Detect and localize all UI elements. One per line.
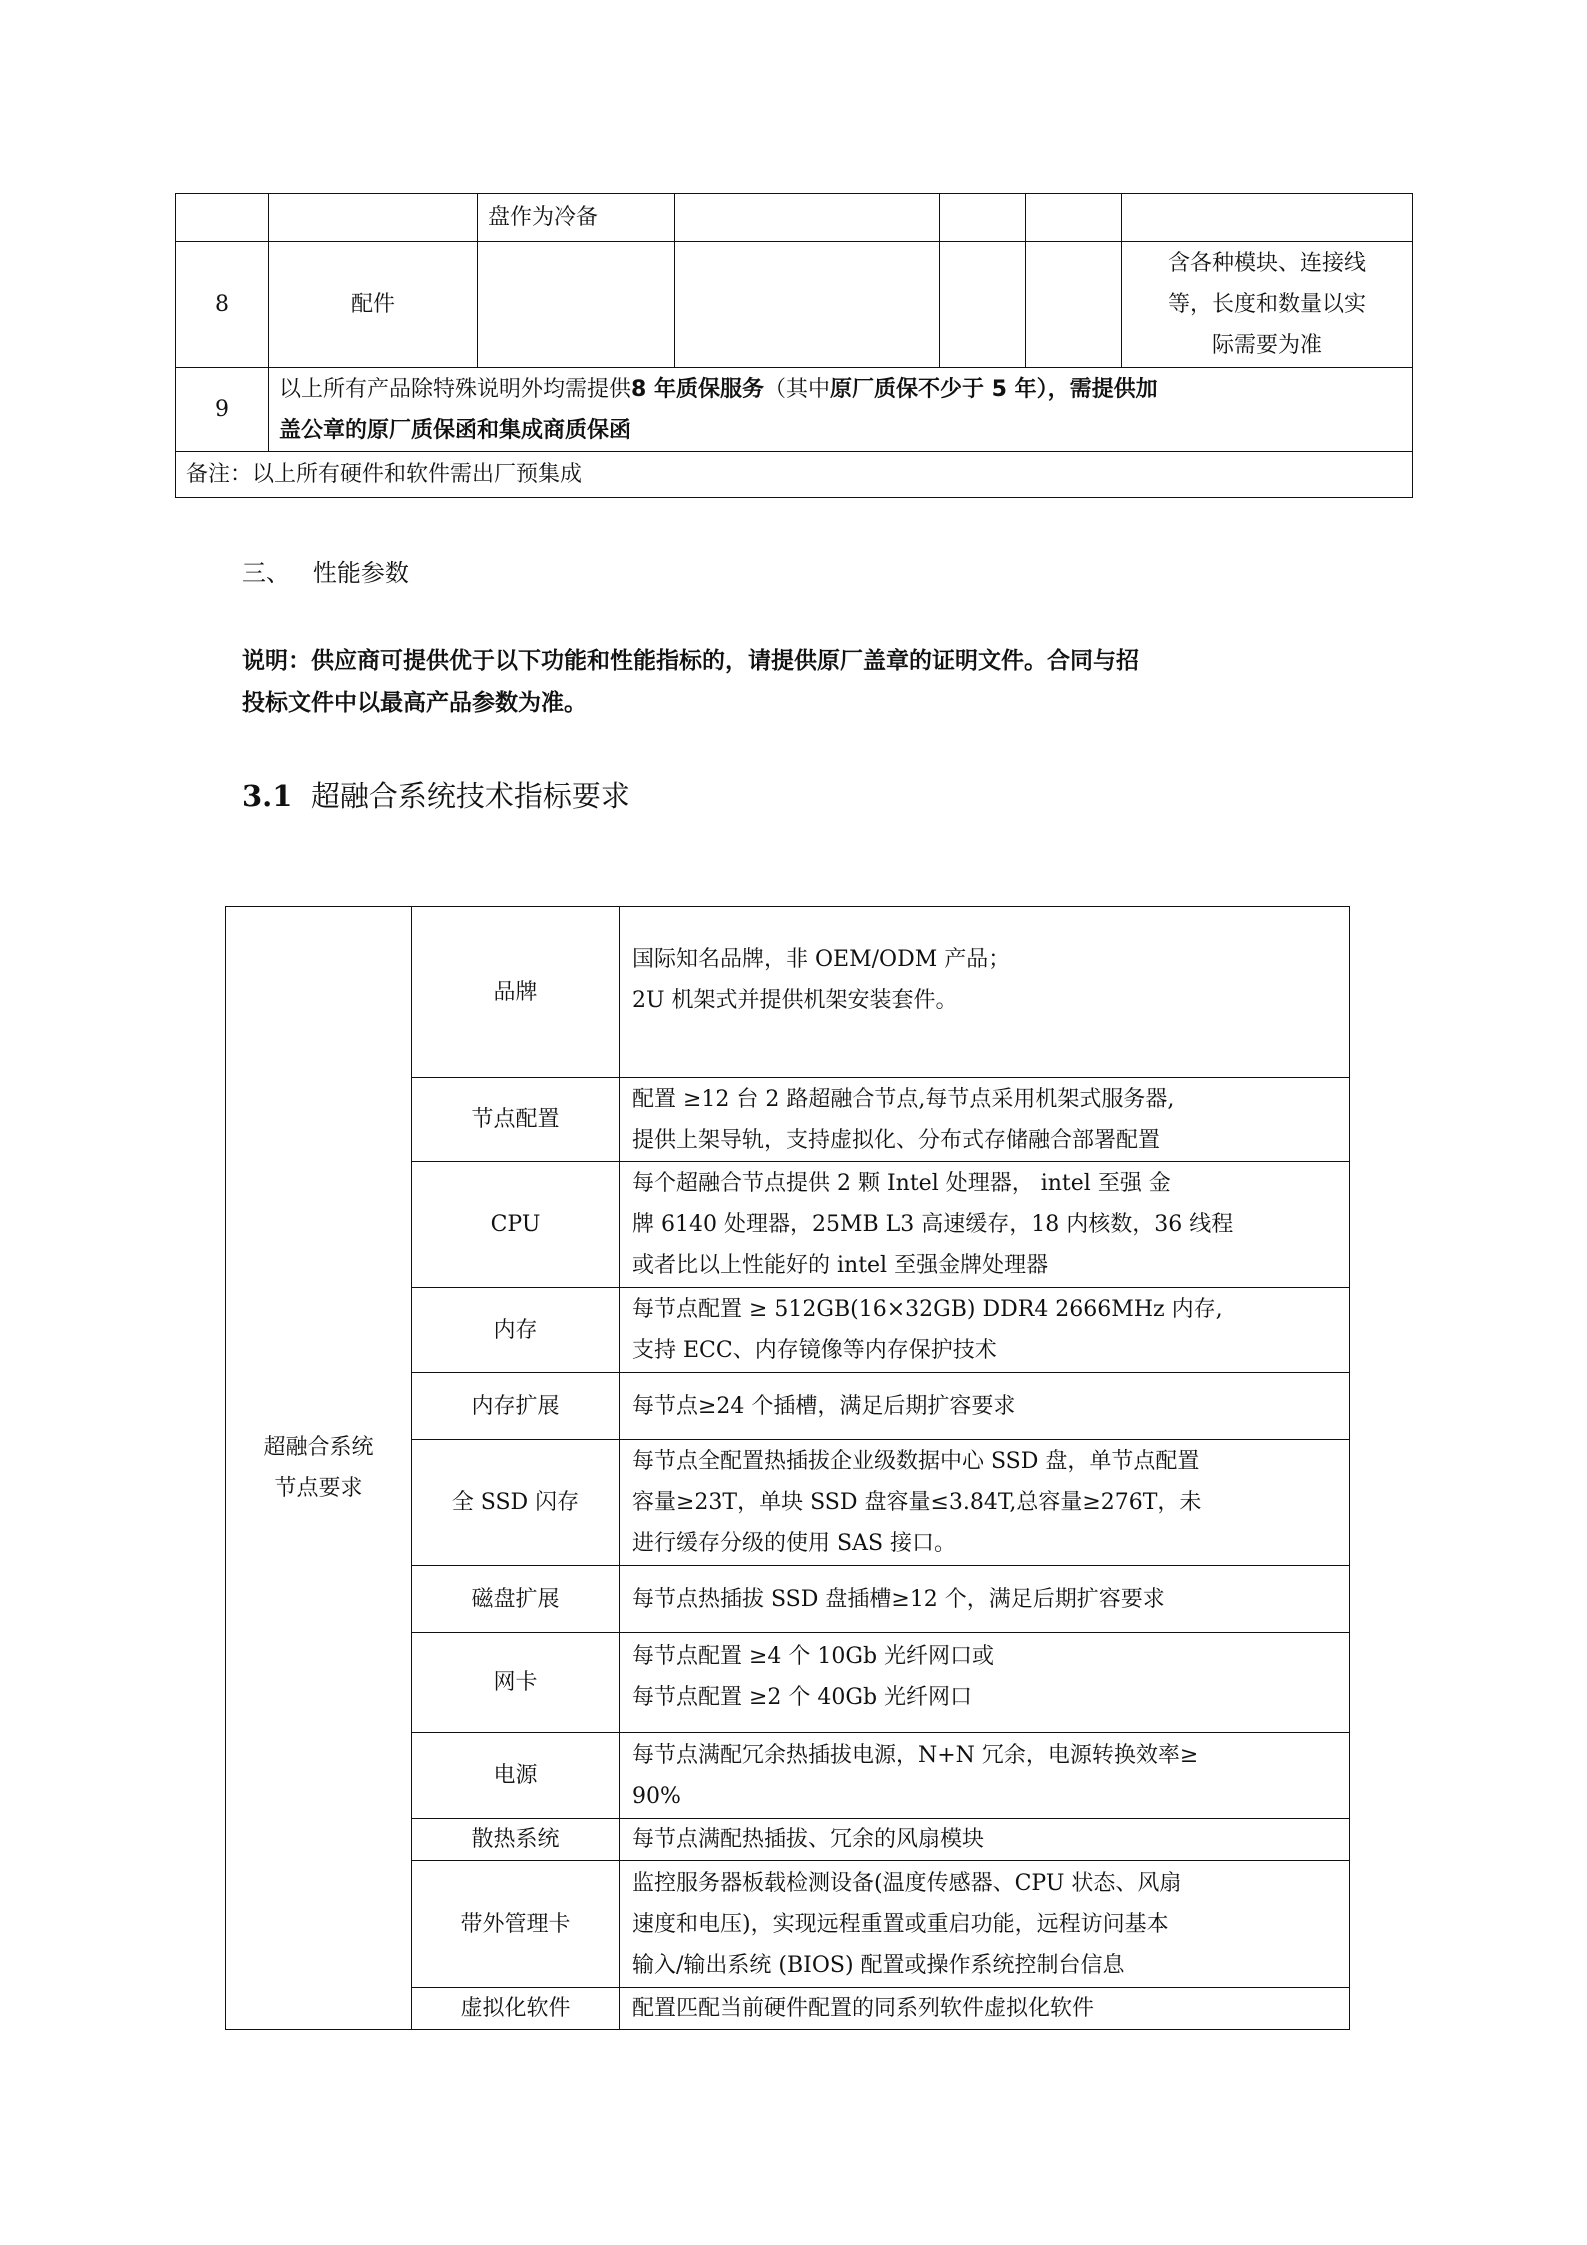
empty-cell	[1026, 242, 1122, 368]
spec-cell: 每节点配置 ≥4 个 10Gb 光纤网口或 每节点配置 ≥2 个 40Gb 光纤…	[620, 1633, 1350, 1733]
table-row: 超融合系统 节点要求 品牌 国际知名品牌，非 OEM/ODM 产品； 2U 机架…	[226, 907, 1350, 1078]
spec-cell: 每节点配置 ≥ 512GB(16×32GB) DDR4 2666MHz 内存, …	[620, 1288, 1350, 1373]
spec-line: 每节点满配热插拔、冗余的风扇模块	[632, 1819, 1339, 1860]
warranty-text: 以上所有产品除特殊说明外均需提供	[279, 377, 631, 402]
group-label-line: 超融合系统	[236, 1427, 401, 1468]
spec-line: 容量≥23T，单块 SSD 盘容量≤3.84T,总容量≥276T，未	[632, 1482, 1339, 1523]
subsection-heading: 3.1 超融合系统技术指标要求	[242, 774, 630, 815]
remark-line: 际需要为准	[1132, 325, 1402, 366]
spec-line: 支持 ECC、内存镜像等内存保护技术	[632, 1330, 1339, 1371]
empty-cell	[675, 194, 940, 242]
empty-cell	[675, 242, 940, 368]
note-line: 说明：供应商可提供优于以下功能和性能指标的，请提供原厂盖章的证明文件。合同与招	[242, 640, 1139, 682]
item-cell: 带外管理卡	[412, 1861, 620, 1988]
spec-line: 国际知名品牌，非 OEM/ODM 产品；	[632, 939, 1339, 980]
spec-cell: 国际知名品牌，非 OEM/ODM 产品； 2U 机架式并提供机架安装套件。	[620, 907, 1350, 1078]
empty-cell	[940, 194, 1026, 242]
footnote-cell: 备注：以上所有硬件和软件需出厂预集成	[176, 452, 1413, 498]
spec-line: 2U 机架式并提供机架安装套件。	[632, 980, 1339, 1021]
spec-cell: 每节点全配置热插拔企业级数据中心 SSD 盘，单节点配置 容量≥23T，单块 S…	[620, 1440, 1350, 1566]
section-title: 性能参数	[313, 559, 409, 587]
spec-cell: 每节点满配冗余热插拔电源，N+N 冗余，电源转换效率≥ 90%	[620, 1733, 1350, 1819]
warranty-bold-text: 原厂质保不少于 5 年），需提供加	[830, 377, 1158, 402]
spec-cell: 监控服务器板载检测设备(温度传感器、CPU 状态、风扇 速度和电压)，实现远程重…	[620, 1861, 1350, 1988]
table-row: 备注：以上所有硬件和软件需出厂预集成	[176, 452, 1413, 498]
spec-cell: 每个超融合节点提供 2 颗 Intel 处理器， intel 至强 金 牌 61…	[620, 1162, 1350, 1288]
row-number-cell: 8	[176, 242, 269, 368]
spec-line: 每节点配置 ≥ 512GB(16×32GB) DDR4 2666MHz 内存,	[632, 1289, 1339, 1330]
warranty-paren-text: （其中	[764, 377, 830, 402]
spec-line: 提供上架导轨，支持虚拟化、分布式存储融合部署配置	[632, 1120, 1339, 1161]
table-row: 9 以上所有产品除特殊说明外均需提供8 年质保服务（其中原厂质保不少于 5 年）…	[176, 368, 1413, 452]
table-row: 盘作为冷备	[176, 194, 1413, 242]
spec-line: 每节点热插拔 SSD 盘插槽≥12 个，满足后期扩容要求	[632, 1579, 1339, 1620]
item-cell: 节点配置	[412, 1078, 620, 1162]
item-cell: 电源	[412, 1733, 620, 1819]
spec-line: 配置匹配当前硬件配置的同系列软件虚拟化软件	[632, 1988, 1339, 2029]
item-cell: 虚拟化软件	[412, 1988, 620, 2030]
item-cell: 散热系统	[412, 1819, 620, 1861]
spec-line: 监控服务器板载检测设备(温度传感器、CPU 状态、风扇	[632, 1863, 1339, 1904]
group-label-line: 节点要求	[236, 1468, 401, 1509]
item-cell: 品牌	[412, 907, 620, 1078]
spec-line: 每节点全配置热插拔企业级数据中心 SSD 盘，单节点配置	[632, 1441, 1339, 1482]
item-cell: 内存扩展	[412, 1373, 620, 1440]
spec-cell: 盘作为冷备	[478, 194, 675, 242]
spec-line: 每节点配置 ≥2 个 40Gb 光纤网口	[632, 1677, 1339, 1718]
section-heading: 三、 性能参数	[242, 553, 409, 588]
spec-line: 90%	[632, 1776, 1339, 1817]
spec-line: 每个超融合节点提供 2 颗 Intel 处理器， intel 至强 金	[632, 1163, 1339, 1204]
section-number: 三、	[242, 559, 290, 587]
item-cell: CPU	[412, 1162, 620, 1288]
spec-line: 速度和电压)，实现远程重置或重启功能，远程访问基本	[632, 1904, 1339, 1945]
subsection-title: 超融合系统技术指标要求	[311, 779, 630, 813]
row-number-cell: 9	[176, 368, 269, 452]
node-requirements-table: 超融合系统 节点要求 品牌 国际知名品牌，非 OEM/ODM 产品； 2U 机架…	[225, 906, 1350, 2030]
row-number-cell	[176, 194, 269, 242]
warranty-years-text: 8 年质保服务	[631, 377, 764, 402]
warranty-cell: 以上所有产品除特殊说明外均需提供8 年质保服务（其中原厂质保不少于 5 年），需…	[269, 368, 1413, 452]
item-cell: 网卡	[412, 1633, 620, 1733]
spec-line: 进行缓存分级的使用 SAS 接口。	[632, 1523, 1339, 1564]
table-row: 8 配件 含各种模块、连接线 等，长度和数量以实 际需要为准	[176, 242, 1413, 368]
spec-line: 每节点满配冗余热插拔电源，N+N 冗余，电源转换效率≥	[632, 1735, 1339, 1776]
spec-line: 每节点≥24 个插槽，满足后期扩容要求	[632, 1386, 1339, 1427]
subsection-number: 3.1	[242, 779, 292, 813]
warranty-line-2: 盖公章的原厂质保函和集成商质保函	[279, 410, 1402, 451]
item-cell: 磁盘扩展	[412, 1566, 620, 1633]
spec-line: 输入/输出系统 (BIOS) 配置或操作系统控制台信息	[632, 1945, 1339, 1986]
spec-line: 每节点配置 ≥4 个 10Gb 光纤网口或	[632, 1636, 1339, 1677]
group-label-cell: 超融合系统 节点要求	[226, 907, 412, 2030]
spec-cell: 每节点热插拔 SSD 盘插槽≥12 个，满足后期扩容要求	[620, 1566, 1350, 1633]
empty-cell	[940, 242, 1026, 368]
item-name-cell: 配件	[269, 242, 478, 368]
remark-cell	[1122, 194, 1413, 242]
item-cell: 内存	[412, 1288, 620, 1373]
item-cell: 全 SSD 闪存	[412, 1440, 620, 1566]
remark-cell: 含各种模块、连接线 等，长度和数量以实 际需要为准	[1122, 242, 1413, 368]
spec-cell	[478, 242, 675, 368]
spec-line: 或者比以上性能好的 intel 至强金牌处理器	[632, 1245, 1339, 1286]
spec-cell: 每节点满配热插拔、冗余的风扇模块	[620, 1819, 1350, 1861]
spec-cell: 配置匹配当前硬件配置的同系列软件虚拟化软件	[620, 1988, 1350, 2030]
spec-cell: 每节点≥24 个插槽，满足后期扩容要求	[620, 1373, 1350, 1440]
warranty-line-1: 以上所有产品除特殊说明外均需提供8 年质保服务（其中原厂质保不少于 5 年），需…	[279, 369, 1402, 410]
item-name-cell	[269, 194, 478, 242]
remark-line: 等，长度和数量以实	[1132, 284, 1402, 325]
equipment-list-table: 盘作为冷备 8 配件 含各种模块、连接线 等，长度和数量以实 际需要为准 9 以…	[175, 193, 1413, 498]
spec-cell: 配置 ≥12 台 2 路超融合节点,每节点采用机架式服务器, 提供上架导轨，支持…	[620, 1078, 1350, 1162]
spec-line: 配置 ≥12 台 2 路超融合节点,每节点采用机架式服务器,	[632, 1079, 1339, 1120]
spec-line: 牌 6140 处理器，25MB L3 高速缓存，18 内核数，36 线程	[632, 1204, 1339, 1245]
note-paragraph: 说明：供应商可提供优于以下功能和性能指标的，请提供原厂盖章的证明文件。合同与招 …	[242, 640, 1139, 724]
note-line: 投标文件中以最高产品参数为准。	[242, 682, 1139, 724]
remark-line: 含各种模块、连接线	[1132, 243, 1402, 284]
empty-cell	[1026, 194, 1122, 242]
